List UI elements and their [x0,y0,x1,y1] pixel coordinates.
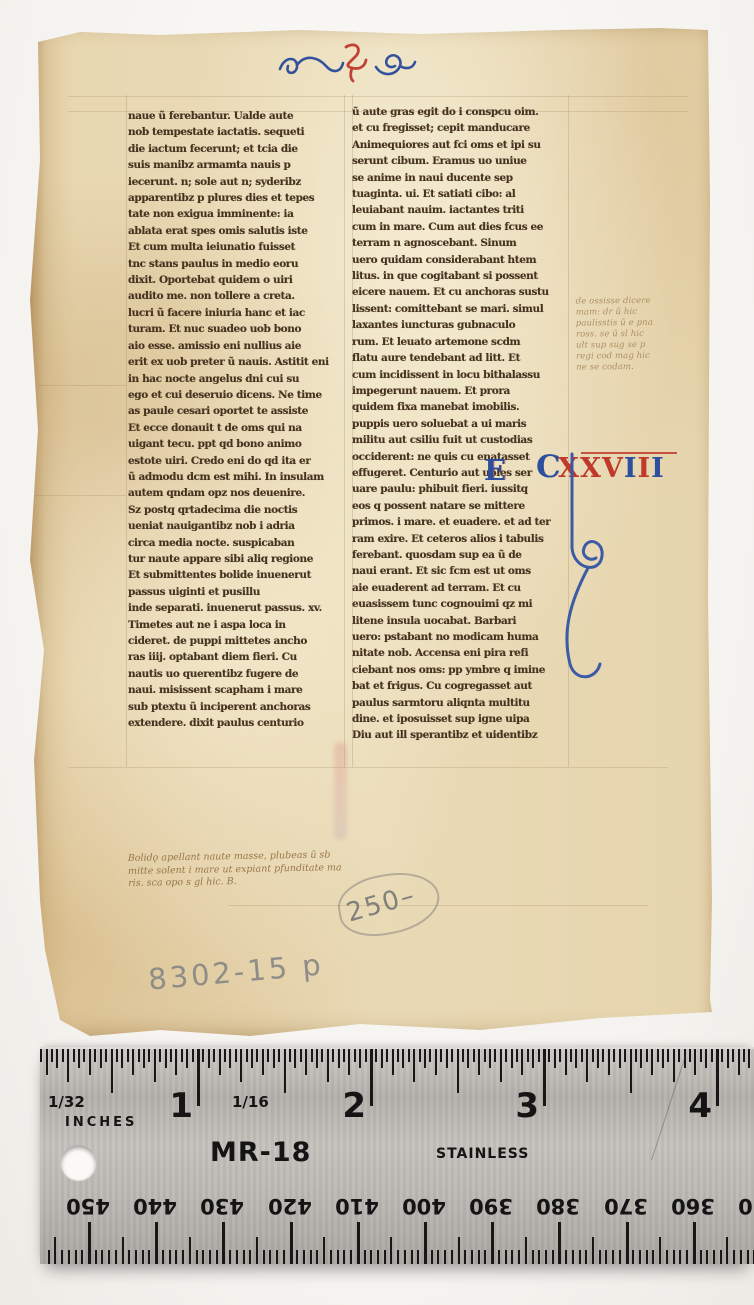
mm-tick [128,1250,130,1264]
inch-tick [284,1049,286,1093]
inch-tick [413,1049,415,1082]
mm-tick [545,1250,547,1264]
inch-tick [165,1049,167,1068]
mm-tick [216,1250,218,1264]
ruling-line [36,385,126,386]
mm-tick [115,1250,117,1264]
inch-tick [575,1049,577,1068]
mm-tick [276,1250,278,1264]
mm-tick [726,1237,728,1264]
inch-tick [327,1049,329,1082]
inches-unit-label: INCHES [65,1115,137,1130]
inch-tick [273,1049,275,1068]
inch-tick [694,1049,696,1075]
inch-tick [554,1049,556,1068]
inch-tick [521,1049,523,1075]
inch-tick [635,1049,637,1062]
mm-tick [552,1250,554,1264]
mm-tick [377,1250,379,1264]
inch-tick [235,1049,237,1062]
inch-tick [570,1049,572,1062]
inch-tick [256,1049,258,1062]
mm-tick [585,1250,587,1264]
inch-tick [581,1049,583,1062]
inch-tick [700,1049,702,1062]
mm-tick [303,1250,305,1264]
inch-tick [289,1049,291,1062]
inch-tick [121,1049,123,1068]
mm-tick [283,1250,285,1264]
mm-tick [182,1250,184,1264]
inch-tick [408,1049,410,1062]
mm-number: 440 [129,1194,181,1218]
mm-tick [411,1250,413,1264]
inch-tick [397,1049,399,1062]
mm-tick [612,1250,614,1264]
mm-tick [478,1250,480,1264]
mm-tick [249,1250,251,1264]
inch-tick [224,1049,226,1062]
inch-tick [386,1049,388,1062]
mm-tick [155,1222,158,1264]
ruling-line [68,767,668,768]
mm-tick [693,1222,696,1264]
inch-tick [721,1049,723,1062]
mm-tick [135,1250,137,1264]
inch-tick [294,1049,296,1068]
inch-tick [143,1049,145,1068]
inch-tick [489,1049,491,1068]
inch-tick [94,1049,96,1062]
mm-tick [88,1222,91,1264]
mm-tick [558,1222,561,1264]
mm-tick [619,1250,621,1264]
mm-tick [706,1250,708,1264]
inch-tick [446,1049,448,1068]
inch-tick [311,1049,313,1062]
inch-tick [402,1049,404,1068]
mm-tick [673,1250,675,1264]
inch-tick [738,1049,740,1075]
inch-number: 1 [153,1086,193,1126]
inch-tick [484,1049,486,1062]
inch-tick [732,1049,734,1062]
inch-tick [219,1049,221,1075]
inch-tick [51,1049,53,1062]
inch-tick [419,1049,421,1062]
inch-tick [148,1049,150,1062]
mm-tick [316,1250,318,1264]
inch-tick [630,1049,632,1093]
mm-tick [222,1222,225,1264]
inch-tick [321,1049,323,1062]
inch-tick [370,1049,373,1106]
mm-tick [384,1250,386,1264]
mm-tick [505,1250,507,1264]
inch-tick [500,1049,502,1082]
mm-tick [525,1237,527,1264]
inch-tick [608,1049,610,1075]
mm-number: 410 [331,1194,383,1218]
inch-tick [197,1049,200,1106]
ruler-model-label: MR-18 [210,1137,311,1168]
ruler-material-label: STAINLESS [436,1146,529,1162]
inch-tick [89,1049,91,1075]
inch-tick [278,1049,280,1062]
inch-tick [624,1049,626,1062]
mm-tick [357,1222,360,1264]
inch-tick [127,1049,129,1062]
ruling-line [126,95,127,767]
pencil-inventory-annotation: 8302-15 p [147,947,325,996]
margin-gloss: de ossisse dicere mam: dr ũ hic paulisst… [576,295,695,388]
mm-tick [310,1250,312,1264]
inch-tick [262,1049,264,1075]
mm-number: 360 [667,1194,719,1218]
bottom-gloss: Bolidǫ apellant naute masse, plubeas ũ s… [128,849,354,890]
mm-tick [599,1250,601,1264]
mm-tick [538,1250,540,1264]
mm-tick [343,1250,345,1264]
inch-tick [538,1049,540,1062]
mm-number: 450 [62,1194,114,1218]
inch-tick [186,1049,188,1068]
ruler-hole [61,1145,96,1180]
inch-tick [705,1049,707,1068]
header-flourish-ornament [272,39,422,85]
inch-tick [478,1049,480,1075]
inch-tick [543,1049,546,1106]
inch-tick [743,1049,745,1062]
mm-tick [397,1250,399,1264]
gutter-smudge [334,742,347,840]
mm-tick [101,1250,103,1264]
mm-tick [747,1250,749,1264]
mm-tick [189,1237,191,1264]
mm-tick [679,1250,681,1264]
inch-tick [532,1049,534,1068]
inch-tick [619,1049,621,1068]
mm-tick [700,1250,702,1264]
inch-tick [354,1049,356,1062]
chapter-letter: I [624,453,638,485]
inch-tick [451,1049,453,1062]
inch-tick [678,1049,680,1062]
mm-tick [424,1222,427,1264]
inch-tick [392,1049,394,1075]
inch-tick [251,1049,253,1068]
inch-tick [613,1049,615,1062]
mm-tick [122,1237,124,1264]
mm-tick [370,1250,372,1264]
mm-tick [417,1250,419,1264]
mm-number: 380 [532,1194,584,1218]
inch-tick [305,1049,307,1075]
mm-tick [95,1250,97,1264]
mm-tick [579,1250,581,1264]
mm-tick [263,1250,265,1264]
chapter-letter: I [638,453,652,485]
inch-tick [375,1049,377,1062]
inch-tick [316,1049,318,1068]
inch-tick [56,1049,58,1068]
mm-tick [659,1237,661,1264]
inch-tick [673,1049,675,1082]
inch-tick [429,1049,431,1062]
mm-number: 370 [600,1194,652,1218]
mm-tick [437,1250,439,1264]
mm-tick [229,1250,231,1264]
inch-tick [527,1049,529,1062]
mm-tick [256,1237,258,1264]
mm-tick [61,1250,63,1264]
inch-tick [154,1049,156,1082]
mm-tick [451,1250,453,1264]
inch-tick [78,1049,80,1068]
inch-tick [435,1049,437,1075]
inch-tick [462,1049,464,1062]
inch-tick [467,1049,469,1068]
inch-tick [602,1049,604,1062]
mm-tick [54,1237,56,1264]
mm-tick [464,1250,466,1264]
mm-number: 430 [196,1194,248,1218]
inch-tick [132,1049,134,1075]
inch-tick [640,1049,642,1068]
inch-tick [365,1049,367,1062]
inch-tick [548,1049,550,1062]
mm-tick [390,1237,392,1264]
inch-tick [592,1049,594,1062]
inch-tick [192,1049,194,1062]
mm-number: 390 [465,1194,517,1218]
mm-tick [686,1250,688,1264]
mm-tick [162,1250,164,1264]
mm-number: 420 [264,1194,316,1218]
inch-tick [170,1049,172,1062]
right-text-column: ũ aute gras egit do i conspcu oim. et cu… [352,104,569,756]
mm-tick [243,1250,245,1264]
inch-tick [332,1049,334,1062]
mm-tick [652,1250,654,1264]
inch-tick [559,1049,561,1062]
ruling-line [68,96,688,97]
inch-tick [300,1049,302,1062]
decorated-initial-e: E [484,455,506,485]
mm-tick [532,1250,534,1264]
inch-tick [689,1049,691,1062]
inch-tick [267,1049,269,1062]
mm-tick [632,1250,634,1264]
mm-tick [81,1250,83,1264]
mm-tick [713,1250,715,1264]
inch-tick [646,1049,648,1062]
mm-tick [236,1250,238,1264]
mm-tick [639,1250,641,1264]
mm-tick [148,1250,150,1264]
mm-tick [740,1250,742,1264]
ruling-line [36,495,126,496]
mm-tick [202,1250,204,1264]
inch-tick [100,1049,102,1068]
inch-tick [46,1049,48,1075]
inch-tick [516,1049,518,1062]
mm-tick [75,1250,77,1264]
mm-tick [444,1250,446,1264]
inch-tick [83,1049,85,1062]
inch-tick [494,1049,496,1062]
mm-tick [169,1250,171,1264]
mm-tick [471,1250,473,1264]
inch-tick [711,1049,713,1062]
inch-tick [440,1049,442,1062]
inch-tick [597,1049,599,1068]
inch-tick [338,1049,340,1068]
mm-tick [605,1250,607,1264]
mm-tick [498,1250,500,1264]
inch-tick [246,1049,248,1062]
inch-tick [424,1049,426,1068]
inch-tick [727,1049,729,1068]
mm-tick [350,1250,352,1264]
inch-tick [73,1049,75,1062]
mm-tick [484,1250,486,1264]
inch-tick [511,1049,513,1068]
mm-tick [666,1250,668,1264]
inch-tick [748,1049,750,1068]
inch-tick [457,1049,459,1093]
inch-number: 4 [672,1086,712,1126]
inch-tick [667,1049,669,1062]
inch-tick [348,1049,350,1075]
inch-tick [651,1049,653,1075]
inch-tick [565,1049,567,1075]
left-text-column: naue ũ ferebantur. Ualde aute nob tempes… [128,108,347,756]
mm-tick [364,1250,366,1264]
inch-tick [116,1049,118,1062]
inch-tick [213,1049,215,1062]
mm-tick [323,1237,325,1264]
inch-tick [208,1049,210,1068]
mm-tick [646,1250,648,1264]
inch-tick [505,1049,507,1062]
mm-tick [142,1250,144,1264]
mm-tick [572,1250,574,1264]
mm-tick [296,1250,298,1264]
mm-tick [511,1250,513,1264]
mm-tick [337,1250,339,1264]
manuscript-leaf: naue ũ ferebantur. Ualde aute nob tempes… [28,25,712,1037]
mm-tick [48,1250,50,1264]
mm-tick [733,1250,735,1264]
inch-tick [240,1049,242,1082]
mm-tick [175,1250,177,1264]
mm-tick [626,1222,629,1264]
inch-tick [343,1049,345,1062]
mm-tick [518,1250,520,1264]
inch-tick [181,1049,183,1062]
mm-number: 400 [398,1194,450,1218]
inch-tick [62,1049,64,1062]
mm-number: 350 [734,1194,754,1218]
mm-tick [330,1250,332,1264]
inch-tick [159,1049,161,1062]
ruler: 1234 1/32 1/16 INCHES MR-18 STAINLESS 45… [40,1047,754,1264]
fraction-label-16: 1/16 [232,1093,269,1111]
inch-tick [586,1049,588,1082]
inch-tick [473,1049,475,1062]
chapter-letter: I [651,453,665,485]
inch-tick [716,1049,719,1106]
mm-tick [592,1237,594,1264]
mm-tick [404,1250,406,1264]
fraction-label-32: 1/32 [48,1093,85,1111]
mm-tick [720,1250,722,1264]
inch-tick [111,1049,113,1093]
mm-tick [196,1250,198,1264]
inch-tick [105,1049,107,1062]
mm-tick [431,1250,433,1264]
mm-tick [491,1222,494,1264]
inch-number: 3 [499,1086,539,1126]
mm-tick [565,1250,567,1264]
inch-number: 2 [326,1086,366,1126]
inch-tick [662,1049,664,1068]
photo-stage: naue ũ ferebantur. Ualde aute nob tempes… [0,0,754,1305]
inch-tick [381,1049,383,1068]
mm-tick [108,1250,110,1264]
inch-tick [175,1049,177,1075]
inch-tick [67,1049,69,1082]
mm-tick [68,1250,70,1264]
inch-tick [657,1049,659,1062]
inch-tick [40,1049,42,1062]
mm-tick [209,1250,211,1264]
inch-tick [138,1049,140,1062]
mm-tick [290,1222,293,1264]
blue-flourish-descender [548,452,618,692]
mm-tick [269,1250,271,1264]
inch-tick [202,1049,204,1062]
inch-tick [229,1049,231,1068]
mm-tick [458,1237,460,1264]
inch-tick [359,1049,361,1068]
